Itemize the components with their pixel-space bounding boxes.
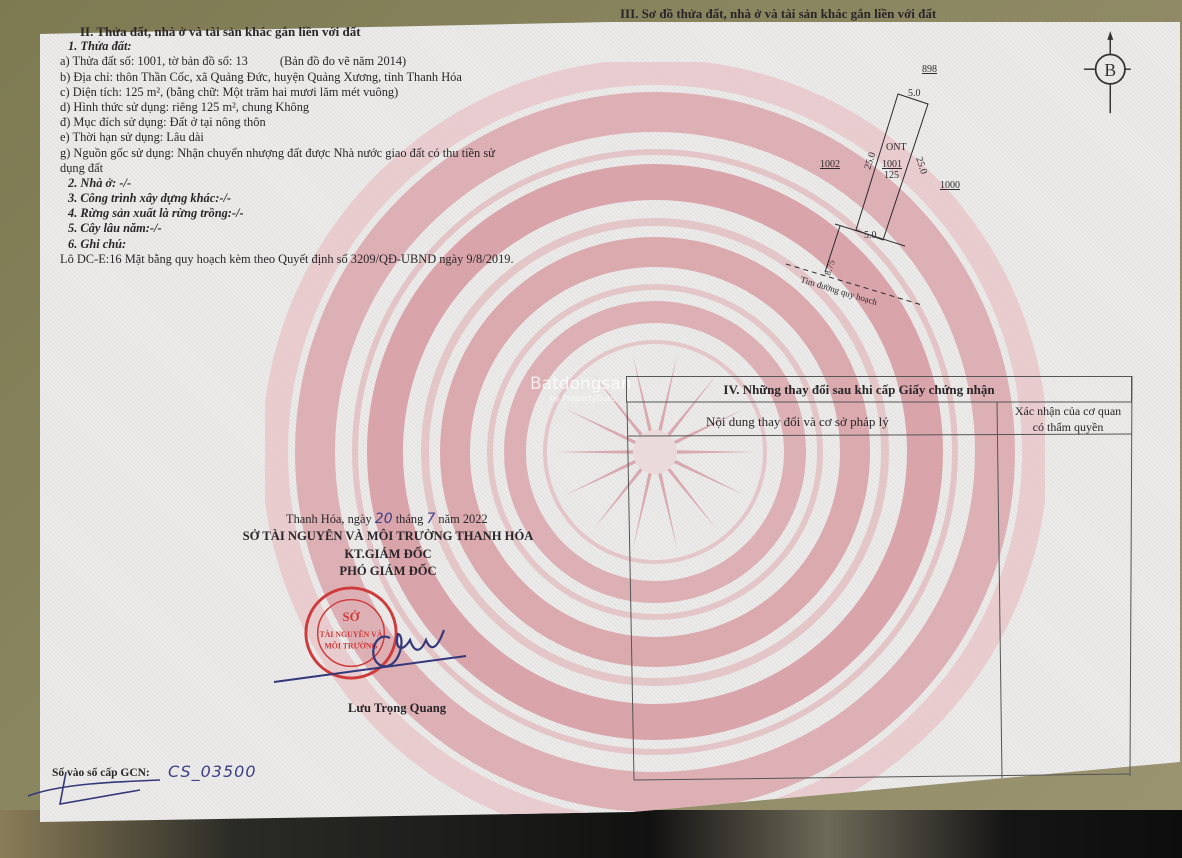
date-prefix: Thanh Hóa, ngày (286, 512, 372, 526)
watermark-brand: Batdongsan (530, 374, 632, 394)
table-grid (626, 376, 1134, 776)
perennial-line: 5. Cây lâu năm:-/- (60, 221, 514, 236)
side-left: 25.0 (862, 151, 878, 171)
land-line-g2: dụng đất (60, 161, 514, 176)
land-line-c: c) Diện tích: 125 m², (bằng chữ: Một tră… (60, 85, 514, 100)
role-line-2: PHÓ GIÁM ĐỐC (228, 564, 548, 579)
date-month: 7 (426, 511, 435, 527)
agency-name: SỞ TÀI NGUYÊN VÀ MÔI TRƯỜNG THANH HÓA (228, 529, 548, 544)
land-line-g1: g) Nguồn gốc sử dụng: Nhận chuyển nhượng… (60, 146, 514, 161)
changes-table: IV. Những thay đổi sau khi cấp Giấy chứn… (626, 376, 1134, 776)
watermark-sub: by PropertyGuru (550, 394, 616, 403)
section-3-title: III. Sơ đồ thửa đất, nhà ở và tài sản kh… (620, 6, 936, 21)
parcel-number: a) Thửa đất số: 1001, tờ bản đồ số: 13 (60, 54, 248, 68)
road-label: Tim đường quy hoạch (799, 274, 878, 307)
side-bottom: 5.0 (864, 230, 877, 241)
land-line-e: e) Thời hạn sử dụng: Lâu dài (60, 130, 514, 145)
land-line-d: d) Hình thức sử dụng: riêng 125 m², chun… (60, 100, 514, 115)
section-2-title: II. Thửa đất, nhà ở và tài sản khác gắn … (60, 24, 514, 39)
land-type: ONT (886, 142, 907, 153)
signature-scribble (270, 600, 470, 690)
land-heading: 1. Thửa đất: (60, 39, 514, 54)
role-line-1: KT.GIÁM ĐỐC (228, 547, 548, 562)
col-confirm-header-2: có thẩm quyền (1006, 420, 1130, 435)
col-content-header: Nội dung thay đổi và cơ sở pháp lý (706, 414, 889, 429)
date-year: năm 2022 (438, 512, 487, 526)
other-works-line: 3. Công trình xây dựng khác:-/- (60, 191, 514, 206)
parcel-area: 125 (884, 170, 899, 181)
side-top: 5.0 (908, 88, 921, 99)
north-compass-icon: B (1078, 28, 1122, 84)
land-line-a: a) Thửa đất số: 1001, tờ bản đồ số: 13(B… (60, 54, 514, 69)
land-line-dd: đ) Mục đích sử dụng: Đất ở tại nông thôn (60, 115, 514, 130)
parcel-id: 1001 (882, 159, 902, 170)
parcel-diagram: 898 1002 1000 5.0 ONT 1001 125 25.0 25.0… (780, 60, 980, 330)
col-confirm-header-1: Xác nhận của cơ quan (1006, 404, 1130, 419)
compass-label: B (1104, 60, 1116, 80)
neighbor-1000: 1000 (940, 180, 960, 191)
neighbor-898: 898 (922, 64, 937, 75)
side-right: 25.0 (913, 156, 929, 176)
month-label: tháng (396, 512, 424, 526)
notes-text: Lô DC-E:16 Mặt bằng quy hoạch kèm theo Q… (60, 252, 514, 267)
notes-heading: 6. Ghi chú: (60, 237, 514, 252)
registry-number: CS_03500 (168, 762, 257, 781)
section-2: II. Thửa đất, nhà ở và tài sản khác gắn … (60, 24, 514, 267)
map-year: (Bản đồ đo vẽ năm 2014) (248, 54, 406, 68)
road-offset: 8.75 (822, 258, 837, 277)
house-line: 2. Nhà ở: -/- (60, 176, 514, 191)
date-line: Thanh Hóa, ngày 20 tháng 7 năm 2022 (286, 512, 488, 527)
neighbor-1002: 1002 (820, 159, 840, 170)
forest-line: 4. Rừng sản xuất là rừng trồng:-/- (60, 206, 514, 221)
land-line-b: b) Địa chỉ: thôn Thần Cốc, xã Quảng Đức,… (60, 70, 514, 85)
date-day: 20 (375, 511, 393, 527)
signer-name: Lưu Trọng Quang (348, 701, 446, 716)
registry-scribble (20, 770, 180, 810)
